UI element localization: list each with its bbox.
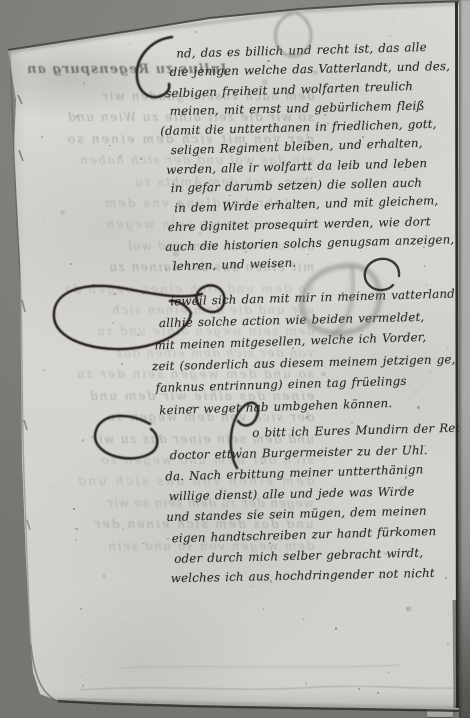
paper-speck [377,692,379,694]
paper-speck [362,136,363,138]
paper-speck [351,422,353,424]
paper-speck [83,82,85,85]
paper-speck [342,292,343,294]
paper-speck [313,70,318,75]
paper-speck [305,682,307,684]
text-line: welches ich aus hochdringender not nicht [171,562,470,589]
paper-speck [335,627,337,630]
paper-speck [269,542,271,544]
adjacent-page-strip [459,0,470,718]
paper-speck [261,361,267,367]
paragraph-2: ieweil sich dan mit mir in meinem vatter… [150,283,467,421]
paper-speck [303,129,305,131]
paper-speck [306,141,308,143]
paper-speck [293,404,294,405]
paper-speck [165,268,167,270]
paper-speck [92,284,94,286]
paper-speck [73,508,75,510]
paper-speck [191,406,193,409]
paper-speck [383,552,388,556]
paper-speck [75,528,77,530]
paper-speck [195,31,197,33]
paper-speck [43,369,45,371]
paper-speck [389,35,391,37]
paper-speck [343,268,344,269]
paper-speck [417,426,418,428]
paper-speck [167,538,169,540]
paper-speck [445,577,447,579]
paper-speck [103,575,105,577]
paper-speck [337,200,338,201]
paper-speck [399,486,404,492]
paper-speck [82,684,84,686]
manuscript-paper-sheet: Julius zu Regenspurg an dem nach vnsern … [0,0,470,718]
paper-speck [417,406,419,408]
paper-speck [404,169,406,171]
paper-speck [447,643,448,645]
paper-speck [172,260,173,262]
paper-speck [380,576,382,578]
paper-speck [80,608,82,611]
paragraph-3: o bitt ich Eures Mundirn der Rechtendoct… [164,418,470,590]
paper-speck [132,22,134,24]
paper-speck [121,623,122,624]
paper-speck [121,363,123,365]
handwritten-text: nd, das es billich und recht ist, das al… [0,0,470,718]
paper-speck [173,251,179,257]
paper-speck [344,197,345,199]
paper-speck [270,580,272,582]
paper-speck [112,322,114,324]
paper-speck [423,246,425,248]
paper-speck [119,155,121,157]
paper-speck [292,347,294,349]
scanned-manuscript-page: Julius zu Regenspurg an dem nach vnsern … [0,0,470,718]
paper-speck [122,528,124,530]
paper-speck [42,291,43,292]
paper-speck [76,115,78,118]
paper-speck [354,120,356,122]
paper-speck [129,43,131,44]
paper-speck [303,618,304,619]
paper-speck [271,354,273,356]
paper-speck [307,254,309,255]
